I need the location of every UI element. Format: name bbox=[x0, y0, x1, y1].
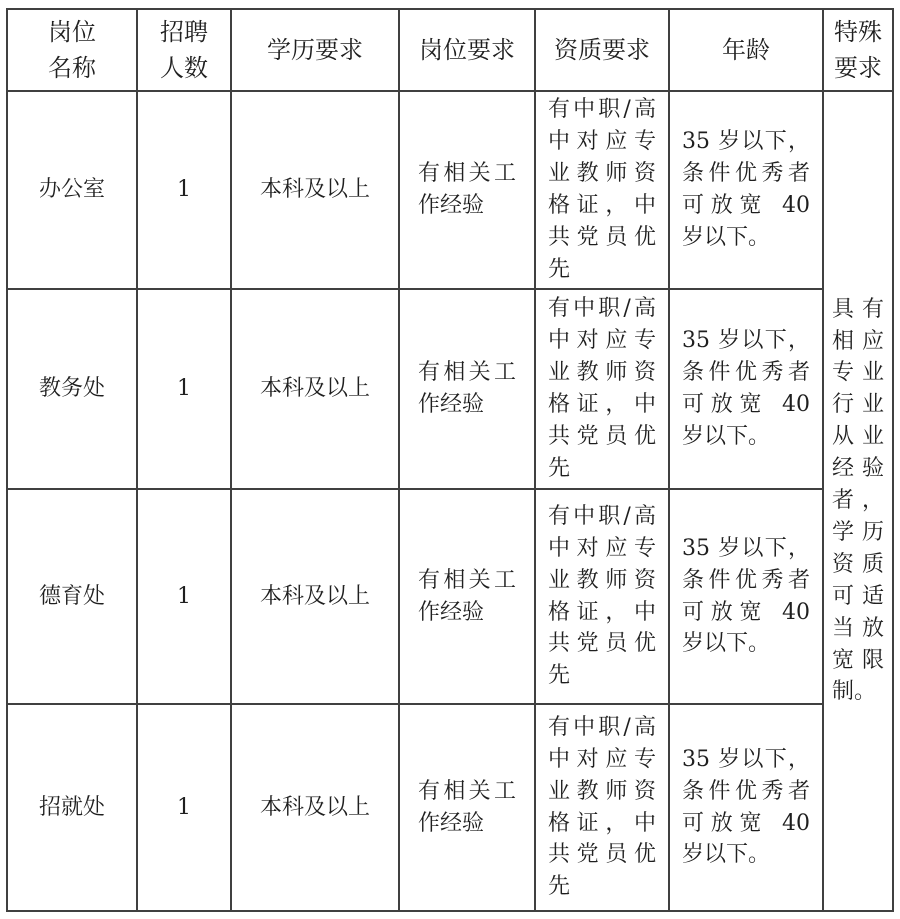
cell-age: 35 岁以下，条件优秀者可放宽 40 岁以下。 bbox=[669, 489, 823, 704]
cell-position: 办公室 bbox=[7, 91, 137, 289]
cell-position: 招就处 bbox=[7, 704, 137, 911]
table-row: 招就处 1 本科及以上 有相关工作经验 有中职/高中对应专业教师资格证，中共党员… bbox=[7, 704, 893, 911]
document-page: 岗位 名称 招聘 人数 学历要求 岗位要求 资质要求 年龄 特殊 要求 办公室 … bbox=[0, 0, 900, 919]
cell-headcount: 1 bbox=[137, 489, 231, 704]
table-row: 德育处 1 本科及以上 有相关工作经验 有中职/高中对应专业教师资格证，中共党员… bbox=[7, 489, 893, 704]
cell-position: 教务处 bbox=[7, 289, 137, 489]
header-education: 学历要求 bbox=[231, 9, 399, 91]
header-job-requirement: 岗位要求 bbox=[399, 9, 535, 91]
table-row: 教务处 1 本科及以上 有相关工作经验 有中职/高中对应专业教师资格证，中共党员… bbox=[7, 289, 893, 489]
cell-age: 35 岁以下，条件优秀者可放宽 40 岁以下。 bbox=[669, 91, 823, 289]
cell-education: 本科及以上 bbox=[231, 91, 399, 289]
recruitment-requirements-table: 岗位 名称 招聘 人数 学历要求 岗位要求 资质要求 年龄 特殊 要求 办公室 … bbox=[6, 8, 894, 912]
header-age: 年龄 bbox=[669, 9, 823, 91]
header-special-requirement: 特殊 要求 bbox=[823, 9, 893, 91]
cell-headcount: 1 bbox=[137, 704, 231, 911]
header-row: 岗位 名称 招聘 人数 学历要求 岗位要求 资质要求 年龄 特殊 要求 bbox=[7, 9, 893, 91]
cell-qualification: 有中职/高中对应专业教师资格证，中共党员优先 bbox=[535, 289, 669, 489]
cell-qualification: 有中职/高中对应专业教师资格证，中共党员优先 bbox=[535, 489, 669, 704]
cell-job-requirement: 有相关工作经验 bbox=[399, 289, 535, 489]
cell-education: 本科及以上 bbox=[231, 489, 399, 704]
cell-special-requirement: 具有相应专业行业从业经验者，学历资质可适当放宽限制。 bbox=[823, 91, 893, 911]
cell-position: 德育处 bbox=[7, 489, 137, 704]
cell-qualification: 有中职/高中对应专业教师资格证，中共党员优先 bbox=[535, 91, 669, 289]
cell-education: 本科及以上 bbox=[231, 289, 399, 489]
cell-job-requirement: 有相关工作经验 bbox=[399, 91, 535, 289]
cell-headcount: 1 bbox=[137, 91, 231, 289]
cell-headcount: 1 bbox=[137, 289, 231, 489]
header-qualification: 资质要求 bbox=[535, 9, 669, 91]
cell-age: 35 岁以下，条件优秀者可放宽 40 岁以下。 bbox=[669, 289, 823, 489]
cell-education: 本科及以上 bbox=[231, 704, 399, 911]
table-row: 办公室 1 本科及以上 有相关工作经验 有中职/高中对应专业教师资格证，中共党员… bbox=[7, 91, 893, 289]
cell-job-requirement: 有相关工作经验 bbox=[399, 704, 535, 911]
header-position-name: 岗位 名称 bbox=[7, 9, 137, 91]
cell-qualification: 有中职/高中对应专业教师资格证，中共党员优先 bbox=[535, 704, 669, 911]
cell-age: 35 岁以下，条件优秀者可放宽 40 岁以下。 bbox=[669, 704, 823, 911]
header-headcount: 招聘 人数 bbox=[137, 9, 231, 91]
cell-job-requirement: 有相关工作经验 bbox=[399, 489, 535, 704]
